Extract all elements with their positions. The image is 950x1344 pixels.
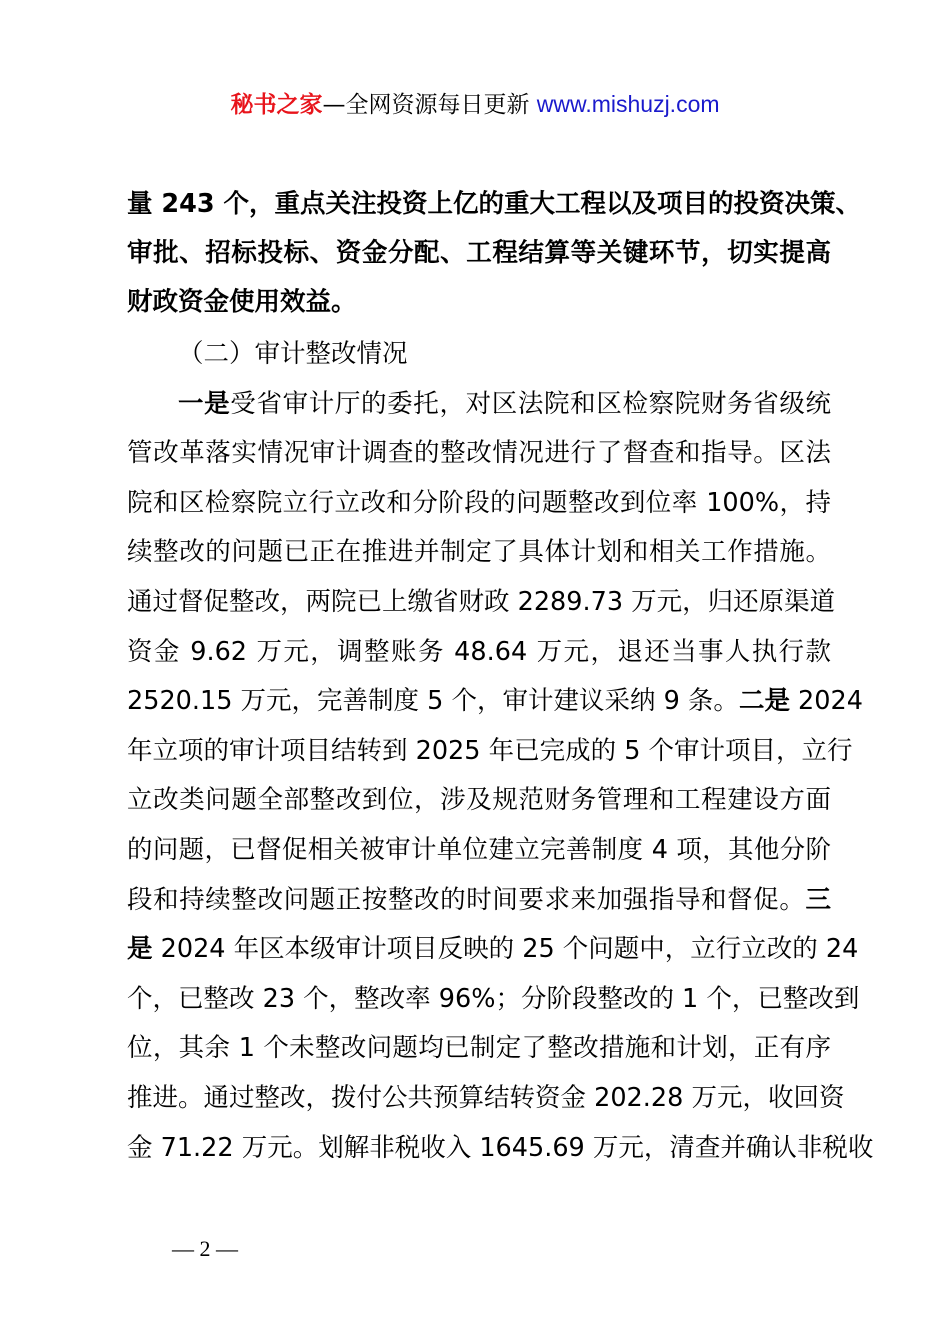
emphasis-label: 三 <box>805 885 831 915</box>
line-text: 2520.15 万元，完善制度 5 个，审计建议采纳 9 条。 <box>127 686 739 716</box>
line-text: 受省审计厅的委托，对区法院和区检察院财务省级统 <box>230 389 831 419</box>
body-line: 通过督促整改，两院已上缴省财政 2289.73 万元，归还原渠道 <box>127 582 831 622</box>
body-line: 金 71.22 万元。划解非税收入 1645.69 万元，清查并确认非税收 <box>127 1128 831 1168</box>
body-line: 续整改的问题已正在推进并制定了具体计划和相关工作措施。 <box>127 532 831 572</box>
body-line: 段和持续整改问题正按整改的时间要求来加强指导和督促。三 <box>127 880 831 920</box>
banner-tagline: —全网资源每日更新 <box>322 92 529 118</box>
emphasis-label: 二是 <box>739 686 790 716</box>
line-text: 段和持续整改问题正按整改的时间要求来加强指导和督促。 <box>127 885 805 915</box>
line-text: 2024 年区本级审计项目反映的 25 个问题中，立行立改的 24 <box>153 934 859 964</box>
intro-line-1: 量 243 个，重点关注投资上亿的重大工程以及项目的投资决策、 <box>127 184 831 224</box>
emphasis-label: 一是 <box>178 389 230 419</box>
site-url-link[interactable]: www.mishuzj.com <box>537 91 720 117</box>
body-line: 院和区检察院立行立改和分阶段的问题整改到位率 100%，持 <box>127 483 831 523</box>
section-heading: （二）审计整改情况 <box>178 334 831 374</box>
emphasis-label: 是 <box>127 934 153 964</box>
body-line: 2520.15 万元，完善制度 5 个，审计建议采纳 9 条。二是 2024 <box>127 681 831 721</box>
intro-line-2: 审批、招标投标、资金分配、工程结算等关键环节，切实提高 <box>127 233 831 273</box>
body-line: 立改类问题全部整改到位，涉及规范财务管理和工程建设方面 <box>127 780 831 820</box>
body-line: 管改革落实情况审计调查的整改情况进行了督查和指导。区法 <box>127 433 831 473</box>
body-line: 的问题，已督促相关被审计单位建立完善制度 4 项，其他分阶 <box>127 830 831 870</box>
body-line: 一是受省审计厅的委托，对区法院和区检察院财务省级统 <box>178 384 831 424</box>
line-text: 2024 <box>790 686 863 716</box>
site-banner: 秘书之家—全网资源每日更新 www.mishuzj.com <box>0 88 950 121</box>
brand-name: 秘书之家 <box>230 92 322 118</box>
body-line: 是 2024 年区本级审计项目反映的 25 个问题中，立行立改的 24 <box>127 929 831 969</box>
body-line: 资金 9.62 万元，调整账务 48.64 万元，退还当事人执行款 <box>127 632 831 672</box>
page-number: — 2 — <box>172 1236 238 1262</box>
body-line: 推进。通过整改，拨付公共预算结转资金 202.28 万元，收回资 <box>127 1078 831 1118</box>
body-line: 位，其余 1 个未整改问题均已制定了整改措施和计划，正有序 <box>127 1028 831 1068</box>
body-line: 个，已整改 23 个，整改率 96%；分阶段整改的 1 个，已整改到 <box>127 979 831 1019</box>
intro-line-3: 财政资金使用效益。 <box>127 282 831 322</box>
body-line: 年立项的审计项目结转到 2025 年已完成的 5 个审计项目，立行 <box>127 731 831 771</box>
